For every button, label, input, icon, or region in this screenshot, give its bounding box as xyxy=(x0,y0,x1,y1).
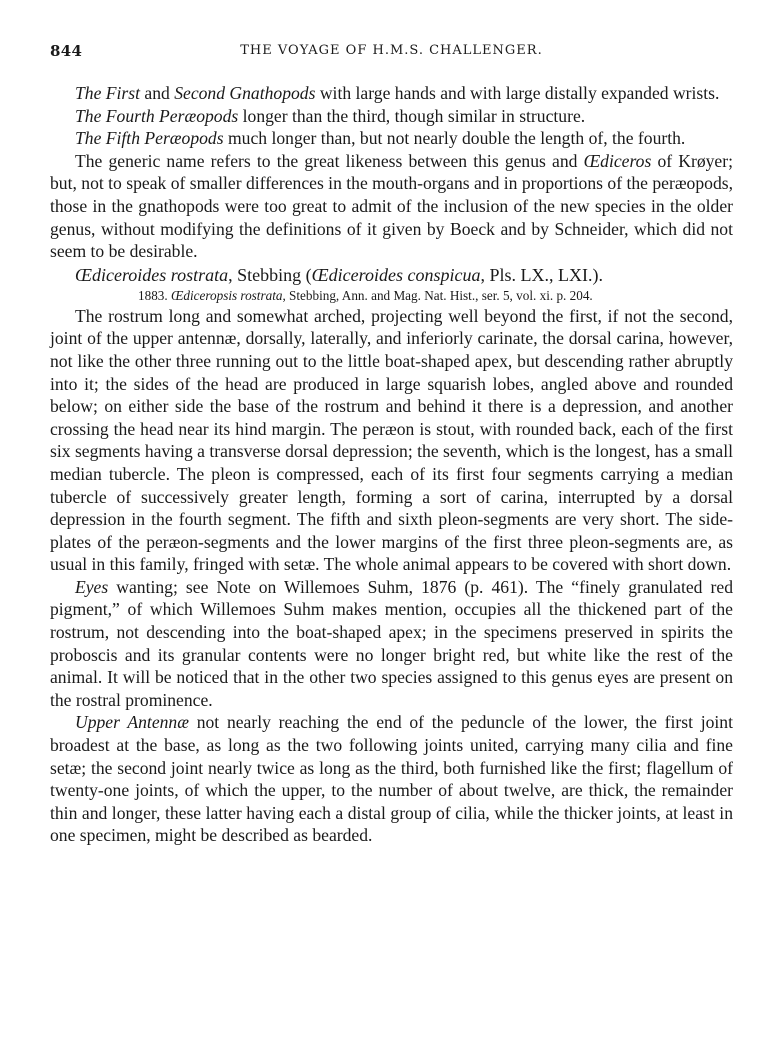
paragraph-upper-antennae: Upper Antennæ not nearly reaching the en… xyxy=(50,711,733,847)
paragraph-rostrum: The rostrum long and somewhat arched, pr… xyxy=(50,305,733,576)
synonym-name: Œdiceropsis rostrata xyxy=(171,288,282,303)
paragraph-gnathopods: The First and Second Gnathopods with lar… xyxy=(50,82,733,105)
running-title: THE VOYAGE OF H.M.S. CHALLENGER. xyxy=(50,43,733,58)
paragraph-generic-name: The generic name refers to the great lik… xyxy=(50,150,733,263)
species-heading: Œdiceroides rostrata, Stebbing (Œdiceroi… xyxy=(50,263,733,287)
term-fifth-peraeopods: The Fifth Peræopods xyxy=(75,128,224,148)
paragraph-fifth-peraeopods: The Fifth Peræopods much longer than, bu… xyxy=(50,127,733,150)
body-text: The First and Second Gnathopods with lar… xyxy=(50,82,733,847)
synonymy-line: 1883. Œdiceropsis rostrata, Stebbing, An… xyxy=(50,287,733,305)
running-header: 844 THE VOYAGE OF H.M.S. CHALLENGER. xyxy=(50,42,733,66)
species-alt-name: Œdiceroides conspicua xyxy=(312,265,481,285)
term-first: The First xyxy=(75,83,140,103)
document-page: 844 THE VOYAGE OF H.M.S. CHALLENGER. The… xyxy=(50,42,733,847)
term-second-gnathopods: Second Gnathopods xyxy=(174,83,315,103)
paragraph-fourth-peraeopods: The Fourth Peræopods longer than the thi… xyxy=(50,105,733,128)
paragraph-eyes: Eyes wanting; see Note on Willemoes Suhm… xyxy=(50,576,733,712)
term-upper-antennae: Upper Antennæ xyxy=(75,712,189,732)
term-eyes: Eyes xyxy=(75,577,108,597)
genus-name: Œdiceros xyxy=(584,151,652,171)
species-name: Œdiceroides rostrata xyxy=(75,265,228,285)
term-fourth-peraeopods: The Fourth Peræopods xyxy=(75,106,238,126)
